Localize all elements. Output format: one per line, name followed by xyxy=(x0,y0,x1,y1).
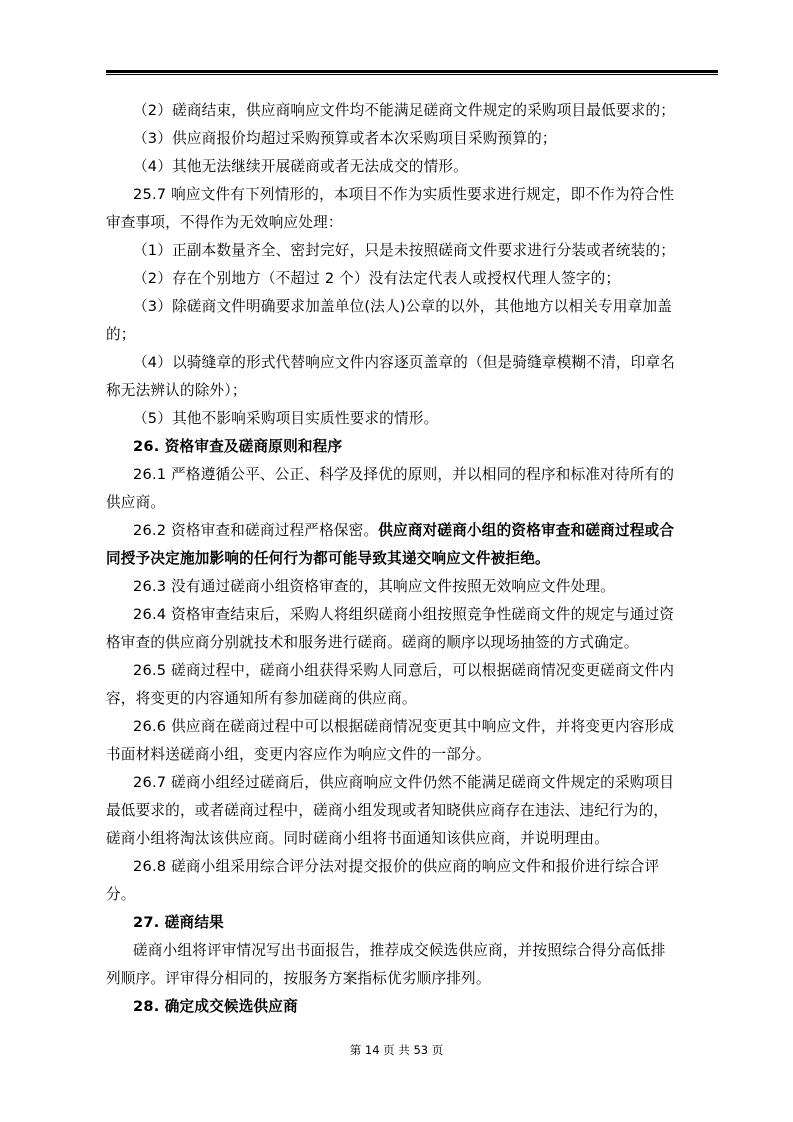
clause-26-6-line-1: 26.6 供应商在磋商过程中可以根据磋商情况变更其中响应文件，并将变更内容形成 xyxy=(106,713,718,741)
clause-25-7-item-4-line-1: （4）以骑缝章的形式代替响应文件内容逐页盖章的（但是骑缝章模糊不清，印章名 xyxy=(106,349,718,377)
clause-26-7-line-3: 磋商小组将淘汰该供应商。同时磋商小组将书面通知该供应商，并说明理由。 xyxy=(106,825,718,853)
list-item-4-other-cannot-continue: （4）其他无法继续开展磋商或者无法成交的情形。 xyxy=(106,153,718,181)
clause-25-7-item-2: （2）存在个别地方（不超过 2 个）没有法定代表人或授权代理人签字的； xyxy=(106,265,718,293)
header-double-rule xyxy=(106,70,718,76)
clause-25-7-line-1: 25.7 响应文件有下列情形的，本项目不作为实质性要求进行规定，即不作为符合性 xyxy=(106,181,718,209)
clause-26-2-normal-text: 26.2 资格审查和磋商过程严格保密。 xyxy=(133,522,378,539)
clause-25-7-line-2: 审查事项，不得作为无效响应处理： xyxy=(106,209,718,237)
clause-26-4-line-1: 26.4 资格审查结束后，采购人将组织磋商小组按照竞争性磋商文件的规定与通过资 xyxy=(106,601,718,629)
clause-25-7-item-3-line-1: （3）除磋商文件明确要求加盖单位(法人)公章的以外，其他地方以相关专用章加盖 xyxy=(106,293,718,321)
clause-26-5-line-1: 26.5 磋商过程中，磋商小组获得采购人同意后，可以根据磋商情况变更磋商文件内 xyxy=(106,657,718,685)
section-27-body-line-2: 列顺序。评审得分相同的，按服务方案指标优劣顺序排列。 xyxy=(106,965,718,993)
clause-26-3: 26.3 没有通过磋商小组资格审查的，其响应文件按照无效响应文件处理。 xyxy=(106,573,718,601)
clause-26-7-line-1: 26.7 磋商小组经过磋商后，供应商响应文件仍然不能满足磋商文件规定的采购项目 xyxy=(106,769,718,797)
clause-25-7-item-1: （1）正副本数量齐全、密封完好，只是未按照磋商文件要求进行分装或者统装的； xyxy=(106,237,718,265)
clause-25-7-item-3-line-2: 的； xyxy=(106,321,718,349)
section-heading-28: 28. 确定成交候选供应商 xyxy=(106,993,718,1021)
clause-25-7-item-4-line-2: 称无法辨认的除外）； xyxy=(106,377,718,405)
clause-26-8-line-1: 26.8 磋商小组采用综合评分法对提交报价的供应商的响应文件和报价进行综合评 xyxy=(106,853,718,881)
document-body: （2）磋商结束，供应商响应文件均不能满足磋商文件规定的采购项目最低要求的； （3… xyxy=(106,97,718,1021)
clause-26-1-line-1: 26.1 严格遵循公平、公正、科学及择优的原则，并以相同的程序和标准对待所有的 xyxy=(106,461,718,489)
clause-26-5-line-2: 容，将变更的内容通知所有参加磋商的供应商。 xyxy=(106,685,718,713)
section-27-body-line-1: 磋商小组将评审情况写出书面报告，推荐成交候选供应商，并按照综合得分高低排 xyxy=(106,937,718,965)
clause-26-2-line-1: 26.2 资格审查和磋商过程严格保密。供应商对磋商小组的资格审查和磋商过程或合 xyxy=(106,517,718,545)
clause-26-8-line-2: 分。 xyxy=(106,881,718,909)
clause-26-7-line-2: 最低要求的，或者磋商过程中，磋商小组发现或者知晓供应商存在违法、违纪行为的， xyxy=(106,797,718,825)
list-item-2-negotiation-end: （2）磋商结束，供应商响应文件均不能满足磋商文件规定的采购项目最低要求的； xyxy=(106,97,718,125)
header-rule-thin xyxy=(106,74,718,75)
clause-26-2-line-2-bold: 同授予决定施加影响的任何行为都可能导致其递交响应文件被拒绝。 xyxy=(106,545,718,573)
page-number-footer: 第 14 页 共 53 页 xyxy=(0,1041,793,1059)
clause-26-1-line-2: 供应商。 xyxy=(106,489,718,517)
section-heading-27: 27. 磋商结果 xyxy=(106,909,718,937)
clause-26-4-line-2: 格审查的供应商分别就技术和服务进行磋商。磋商的顺序以现场抽签的方式确定。 xyxy=(106,629,718,657)
clause-26-2-bold-text: 供应商对磋商小组的资格审查和磋商过程或合 xyxy=(378,522,674,539)
header-rule-thick xyxy=(106,70,718,73)
clause-26-6-line-2: 书面材料送磋商小组，变更内容应作为响应文件的一部分。 xyxy=(106,741,718,769)
list-item-3-price-exceeds-budget: （3）供应商报价均超过采购预算或者本次采购项目采购预算的； xyxy=(106,125,718,153)
section-heading-26: 26. 资格审查及磋商原则和程序 xyxy=(106,433,718,461)
clause-25-7-item-5: （5）其他不影响采购项目实质性要求的情形。 xyxy=(106,405,718,433)
